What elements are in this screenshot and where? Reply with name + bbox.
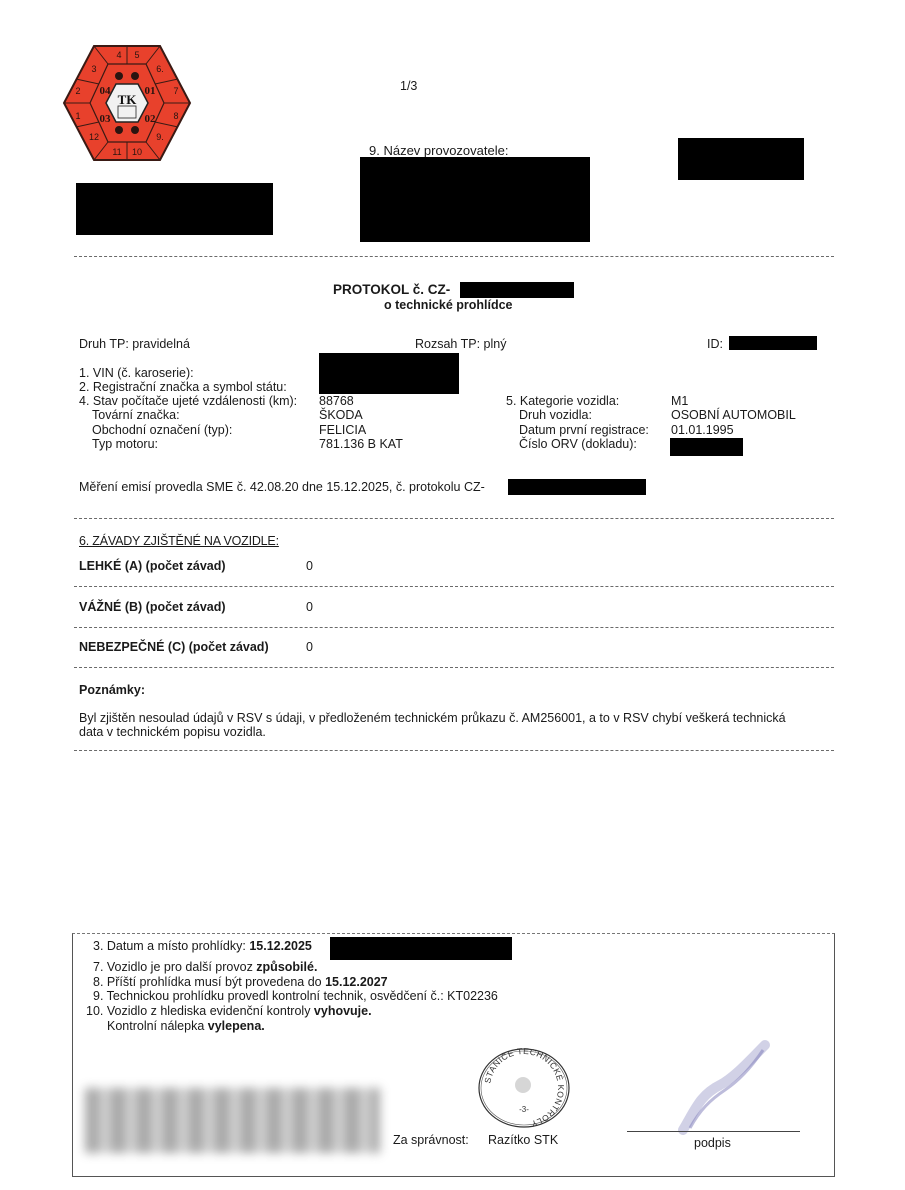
divider xyxy=(74,518,834,519)
category-label: 5. Kategorie vozidla: xyxy=(506,394,619,408)
notes-line-1: Byl zjištěn nesoulad údajů v RSV s údaji… xyxy=(79,711,786,725)
svg-text:03: 03 xyxy=(100,113,112,125)
summary-item-10b: Kontrolní nálepka vylepena. xyxy=(107,1019,265,1033)
odometer-label: 4. Stav počítače ujeté vzdálenosti (km): xyxy=(79,394,297,408)
engine-value: 781.136 B KAT xyxy=(319,437,403,451)
operator-label: 9. Název provozovatele: xyxy=(369,143,508,158)
svg-text:02: 02 xyxy=(145,113,157,125)
defects-heading: 6. ZÁVADY ZJIŠTĚNÉ NA VOZIDLE: xyxy=(79,534,279,548)
divider xyxy=(74,667,834,668)
odometer-value: 88768 xyxy=(319,394,354,408)
page-number: 1/3 xyxy=(400,79,417,93)
orv-label: Číslo ORV (dokladu): xyxy=(519,437,637,451)
summary-item-7: 7. Vozidlo je pro další provoz způsobilé… xyxy=(93,960,317,974)
inspection-sticker-icon: TK 45 6.7 89. 1011 121 23 0401 0302 xyxy=(62,44,192,162)
model-value: FELICIA xyxy=(319,423,366,437)
svg-text:5: 5 xyxy=(134,50,139,60)
divider xyxy=(74,750,834,751)
svg-text:01: 01 xyxy=(145,85,156,97)
engine-label: Typ motoru: xyxy=(92,437,158,451)
vin-label: 1. VIN (č. karoserie): xyxy=(79,366,194,380)
redacted-operator-name xyxy=(360,157,590,242)
signature-line xyxy=(627,1131,800,1132)
redacted-id xyxy=(729,336,817,350)
defect-dangerous-label: NEBEZPEČNÉ (C) (počet závad) xyxy=(79,640,269,654)
redacted-owner-block xyxy=(76,183,273,235)
divider xyxy=(74,586,834,587)
svg-text:04: 04 xyxy=(100,85,112,97)
first-registration-value: 01.01.1995 xyxy=(671,423,734,437)
inspection-scope: Rozsah TP: plný xyxy=(415,337,506,351)
first-registration-label: Datum první registrace: xyxy=(519,423,649,437)
svg-text:7: 7 xyxy=(173,86,178,96)
vehicle-kind-label: Druh vozidla: xyxy=(519,408,592,422)
summary-item-8: 8. Příští prohlídka musí být provedena d… xyxy=(93,975,388,989)
protocol-title-text: PROTOKOL č. CZ- xyxy=(333,282,450,297)
svg-text:6.: 6. xyxy=(156,64,164,74)
make-label: Tovární značka: xyxy=(92,408,180,422)
svg-text:2: 2 xyxy=(75,86,80,96)
svg-text:4: 4 xyxy=(116,50,121,60)
svg-text:1: 1 xyxy=(75,111,80,121)
inspection-id-label: ID: xyxy=(707,337,723,351)
summary-item-3: 3. Datum a místo prohlídky: 15.12.2025 xyxy=(93,939,312,953)
vehicle-kind-value: OSOBNÍ AUTOMOBIL xyxy=(671,408,796,422)
make-value: ŠKODA xyxy=(319,408,363,422)
stamp-label: Razítko STK xyxy=(488,1133,558,1147)
protocol-title: PROTOKOL č. CZ- xyxy=(333,282,450,297)
category-value: M1 xyxy=(671,394,688,408)
svg-text:3: 3 xyxy=(91,64,96,74)
emissions-text: Měření emisí provedla SME č. 42.08.20 dn… xyxy=(79,480,485,494)
svg-text:9.: 9. xyxy=(156,132,164,142)
svg-text:8: 8 xyxy=(173,111,178,121)
divider xyxy=(74,256,834,257)
redacted-inspection-place xyxy=(330,937,512,960)
protocol-subtitle: o technické prohlídce xyxy=(384,298,513,312)
defect-light-count: 0 xyxy=(306,559,313,573)
summary-item-9: 9. Technickou prohlídku provedl kontroln… xyxy=(93,989,498,1003)
defect-light-label: LEHKÉ (A) (počet závad) xyxy=(79,559,226,573)
defect-dangerous-count: 0 xyxy=(306,640,313,654)
stk-stamp-icon: STANICE TECHNICKÉ KONTROLY -3- xyxy=(474,1047,574,1129)
signature-label: podpis xyxy=(694,1136,731,1150)
notes-heading: Poznámky: xyxy=(79,683,145,697)
redacted-emissions-protocol xyxy=(508,479,646,495)
za-spravnost-label: Za správnost: xyxy=(393,1133,469,1147)
defect-serious-label: VÁŽNÉ (B) (počet závad) xyxy=(79,600,226,614)
summary-item-10: 10. Vozidlo z hlediska evidenční kontrol… xyxy=(86,1004,372,1018)
model-label: Obchodní označení (typ): xyxy=(92,423,232,437)
inspection-type: Druh TP: pravidelná xyxy=(79,337,190,351)
svg-text:TK: TK xyxy=(118,92,138,107)
blurred-technician-name xyxy=(85,1088,380,1153)
svg-text:11: 11 xyxy=(112,147,121,157)
svg-text:12: 12 xyxy=(89,132,99,142)
redacted-station-block xyxy=(678,138,804,180)
redacted-vin-registration xyxy=(319,353,459,394)
defect-serious-count: 0 xyxy=(306,600,313,614)
notes-line-2: data v technickém popisu vozidla. xyxy=(79,725,266,739)
registration-label: 2. Registrační značka a symbol státu: xyxy=(79,380,287,394)
redacted-protocol-number xyxy=(460,282,574,298)
divider xyxy=(74,627,834,628)
signature-icon xyxy=(665,1040,775,1135)
svg-text:10: 10 xyxy=(132,147,142,157)
svg-text:-3-: -3- xyxy=(519,1105,529,1114)
redacted-orv xyxy=(670,438,743,456)
